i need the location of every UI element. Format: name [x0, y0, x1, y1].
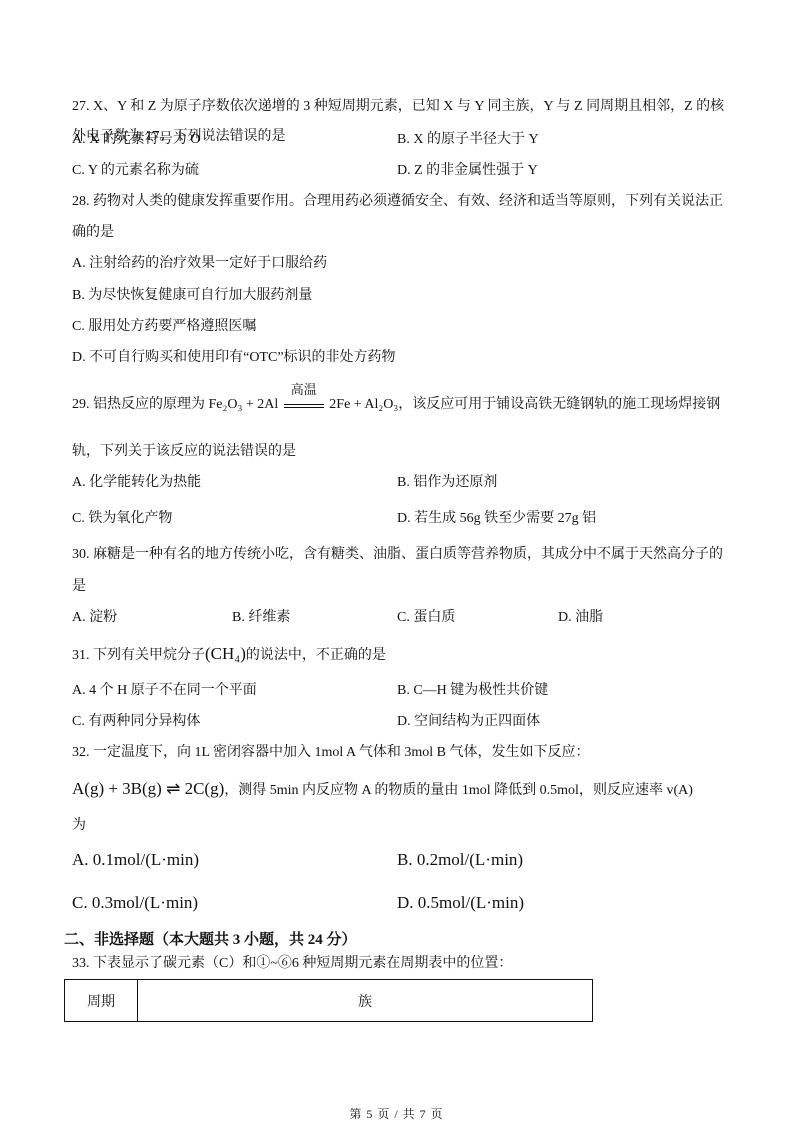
q31-formula: (CH₄) — [205, 644, 246, 663]
q32-option-b: B. 0.2mol/(L·min) — [397, 851, 523, 869]
q33-stem: 33. 下表显示了碳元素（C）和①~⑥6 种短周期元素在周期表中的位置： — [72, 955, 512, 973]
q27-option-c: C. Y 的元素名称为硫 — [72, 162, 199, 180]
q30-option-b: B. 纤维素 — [232, 609, 290, 627]
q32-stem-line3: 为 — [72, 817, 86, 835]
q31-stem: 31. 下列有关甲烷分子(CH₄)的说法中，不正确的是 — [72, 645, 386, 665]
q31-option-b: B. C—H 键为极性共价键 — [397, 682, 548, 700]
q32-equation: A(g) + 3B(g) ⇌ 2C(g) — [72, 779, 224, 798]
q29-stem-line2: 轨，下列关于该反应的说法错误的是 — [72, 443, 296, 461]
q29-reaction-condition: 高温 — [284, 396, 324, 408]
q30-option-d: D. 油脂 — [558, 609, 603, 627]
table-header-period: 周期 — [65, 980, 138, 1021]
q32-stem-line1: 32. 一定温度下，向 1L 密闭容器中加入 1mol A 气体和 3mol B… — [72, 744, 590, 762]
q31-option-c: C. 有两种同分异构体 — [72, 713, 200, 731]
q29-option-d: D. 若生成 56g 铁至少需要 27g 铝 — [397, 510, 596, 528]
q27-option-b: B. X 的原子半径大于 Y — [397, 131, 539, 149]
q29-equation-left: Fe₂O₃ + 2Al — [209, 397, 279, 412]
q31-prefix: 31. 下列有关甲烷分子 — [72, 648, 205, 663]
q28-option-b: B. 为尽快恢复健康可自行加大服药剂量 — [72, 287, 312, 305]
q29-option-c: C. 铁为氧化产物 — [72, 510, 172, 528]
table-header-group: 族 — [138, 980, 592, 1021]
page-number: 第 5 页 / 共 7 页 — [0, 1105, 793, 1122]
q30-option-a: A. 淀粉 — [72, 609, 117, 627]
q29-condition-label: 高温 — [284, 381, 324, 399]
q29-option-b: B. 铝作为还原剂 — [397, 474, 497, 492]
q31-suffix: 的说法中，不正确的是 — [246, 648, 386, 663]
q27-option-a: A. X 的元素符号为 O — [72, 131, 200, 149]
section-title: 二、非选择题（本大题共 3 小题，共 24 分） — [64, 928, 357, 949]
q30-stem-line1: 30. 麻糖是一种有名的地方传统小吃，含有糖类、油脂、蛋白质等营养物质，其成分中… — [72, 546, 723, 564]
q28-option-d: D. 不可自行购买和使用印有“OTC”标识的非处方药物 — [72, 349, 396, 367]
q30-stem-line2: 是 — [72, 578, 86, 596]
q29-stem-line1: 29. 铝热反应的原理为 Fe₂O₃ + 2Al 高温 2Fe + Al₂O₃，… — [72, 396, 720, 414]
periodic-table-excerpt: 周期 族 — [64, 979, 593, 1022]
q32-stem-line2-rest: ，测得 5min 内反应物 A 的物质的量由 1mol 降低到 0.5mol，则… — [224, 783, 693, 798]
q32-option-d: D. 0.5mol/(L·min) — [397, 894, 524, 912]
q31-option-d: D. 空间结构为正四面体 — [397, 713, 540, 731]
q32-option-a: A. 0.1mol/(L·min) — [72, 851, 199, 869]
q32-stem-line2: A(g) + 3B(g) ⇌ 2C(g)，测得 5min 内反应物 A 的物质的… — [72, 780, 693, 800]
q29-option-a: A. 化学能转化为热能 — [72, 474, 201, 492]
q28-option-a: A. 注射给药的治疗效果一定好于口服给药 — [72, 255, 327, 273]
q28-stem-line1: 28. 药物对人类的健康发挥重要作用。合理用药必须遵循安全、有效、经济和适当等原… — [72, 193, 723, 211]
q29-prefix: 29. 铝热反应的原理为 — [72, 397, 205, 412]
q31-option-a: A. 4 个 H 原子不在同一个平面 — [72, 682, 257, 700]
q27-stem-line1: 27. X、Y 和 Z 为原子序数依次递增的 3 种短周期元素，已知 X 与 Y… — [72, 98, 724, 116]
q30-option-c: C. 蛋白质 — [397, 609, 455, 627]
q29-suffix: ，该反应可用于铺设高铁无缝钢轨的施工现场焊接钢 — [398, 397, 720, 412]
q32-option-c: C. 0.3mol/(L·min) — [72, 894, 198, 912]
q28-option-c: C. 服用处方药要严格遵照医嘱 — [72, 318, 256, 336]
q29-equation-right: 2Fe + Al₂O₃ — [329, 397, 398, 412]
equals-sign-icon — [284, 404, 324, 408]
q28-stem-line2: 确的是 — [72, 224, 114, 242]
q27-option-d: D. Z 的非金属性强于 Y — [397, 162, 538, 180]
